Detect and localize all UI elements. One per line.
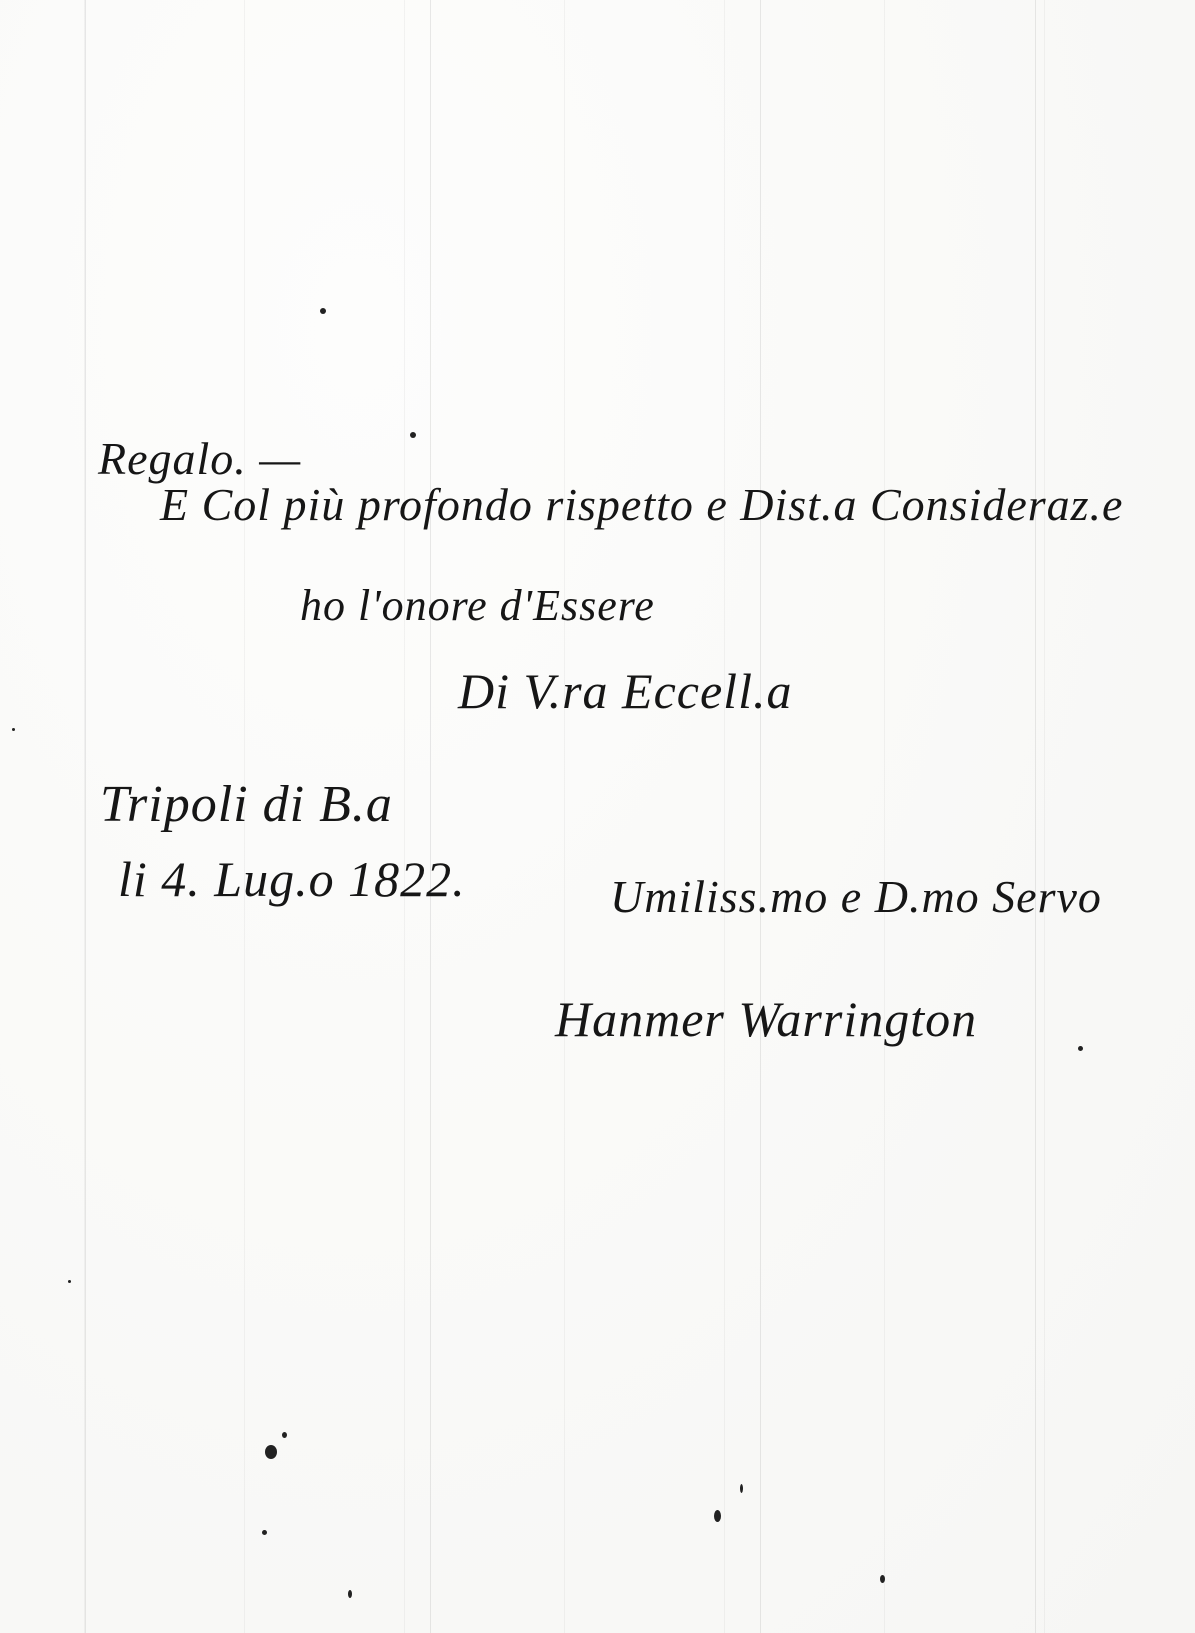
ink-speck: [262, 1530, 267, 1535]
ink-speck: [12, 728, 15, 731]
ink-speck: [740, 1484, 743, 1493]
place-line: Tripoli di B.a: [100, 775, 393, 834]
paper-crease: [760, 0, 761, 1633]
ink-speck: [880, 1575, 885, 1583]
signature: Hanmer Warrington: [555, 990, 977, 1048]
closing-line-2: ho l'onore d'Essere: [300, 580, 655, 631]
ink-speck: [265, 1445, 277, 1459]
ink-speck: [410, 432, 416, 438]
ink-speck: [348, 1590, 352, 1598]
paper-crease: [430, 0, 431, 1633]
letter-page: Regalo. — E Col più profondo rispetto e …: [0, 0, 1195, 1633]
closing-line-3: Di V.ra Eccell.a: [458, 662, 792, 720]
closing-line-1: E Col più profondo rispetto e Dist.a Con…: [160, 478, 1123, 531]
paper-crease: [85, 0, 86, 1633]
paper-crease: [1035, 0, 1036, 1633]
ink-speck: [1078, 1046, 1083, 1051]
ink-speck: [714, 1510, 721, 1522]
date-line: li 4. Lug.o 1822.: [118, 850, 466, 908]
signoff-line: Umiliss.mo e D.mo Servo: [610, 870, 1102, 923]
ink-speck: [320, 308, 326, 314]
ink-speck: [282, 1432, 287, 1438]
ink-speck: [68, 1280, 71, 1283]
